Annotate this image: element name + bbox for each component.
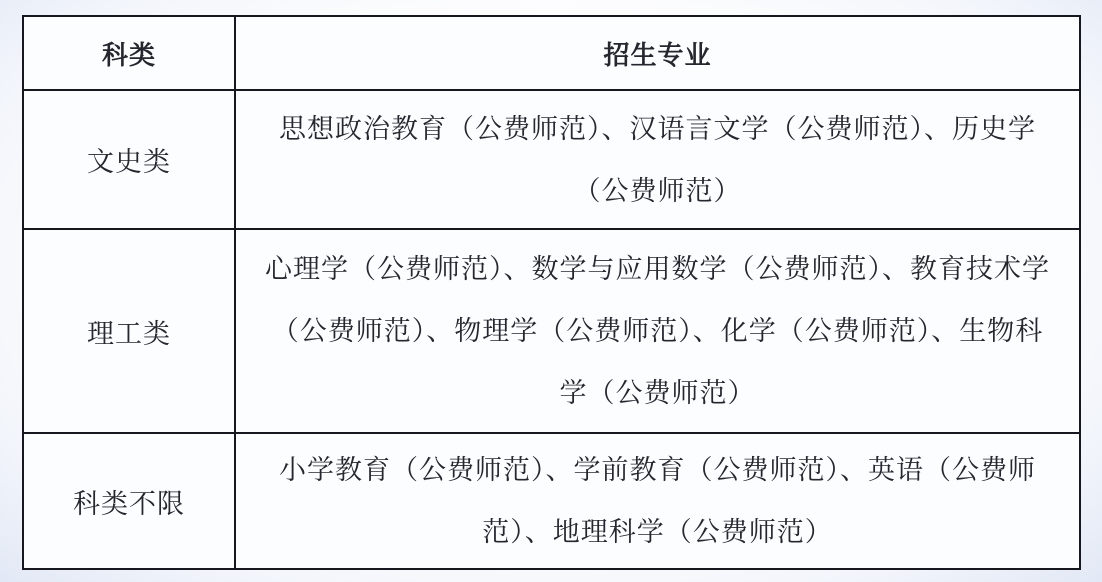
table-row-science-engineering: 理工类 心理学（公费师范）、数学与应用数学（公费师范）、教育技术学 （公费师范）… [23, 229, 1080, 433]
category-cell-liberal-arts: 文史类 [23, 90, 235, 229]
table-row-unrestricted: 科类不限 小学教育（公费师范）、学前教育（公费师范）、英语（公费师 范）、地理科… [23, 433, 1080, 569]
header-cell-majors: 招生专业 [235, 16, 1080, 90]
category-cell-science-engineering: 理工类 [23, 229, 235, 433]
majors-cell-unrestricted: 小学教育（公费师范）、学前教育（公费师范）、英语（公费师 范）、地理科学（公费师… [235, 433, 1080, 569]
admission-majors-table: 科类 招生专业 文史类 思想政治教育（公费师范）、汉语言文学（公费师范）、历史学… [22, 15, 1081, 570]
category-cell-unrestricted: 科类不限 [23, 433, 235, 569]
header-cell-category: 科类 [23, 16, 235, 90]
table-header-row: 科类 招生专业 [23, 16, 1080, 90]
table-row-liberal-arts: 文史类 思想政治教育（公费师范）、汉语言文学（公费师范）、历史学 （公费师范） [23, 90, 1080, 229]
admission-majors-table-container: 科类 招生专业 文史类 思想政治教育（公费师范）、汉语言文学（公费师范）、历史学… [22, 15, 1081, 570]
majors-cell-liberal-arts: 思想政治教育（公费师范）、汉语言文学（公费师范）、历史学 （公费师范） [235, 90, 1080, 229]
majors-cell-science-engineering: 心理学（公费师范）、数学与应用数学（公费师范）、教育技术学 （公费师范）、物理学… [235, 229, 1080, 433]
